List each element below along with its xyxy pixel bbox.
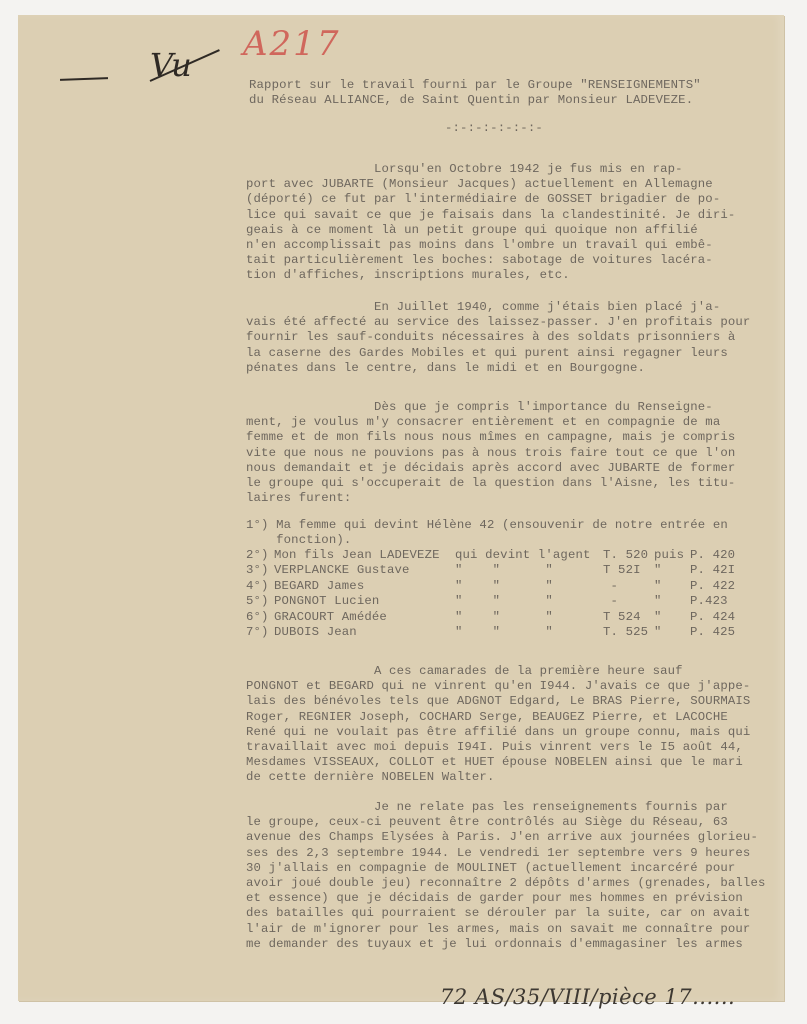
text-line: En Juillet 1940, comme j'étais bien plac… <box>246 300 720 315</box>
text-line: port avec JUBARTE (Monsieur Jacques) act… <box>246 177 713 192</box>
text-line: de cette dernière NOBELEN Walter. <box>246 770 494 785</box>
text-line: Lorsqu'en Octobre 1942 je fus mis en rap… <box>246 162 683 177</box>
text-line: et essence) que je décidais de garder po… <box>246 891 743 906</box>
text-line: Je ne relate pas les renseignements four… <box>246 800 728 815</box>
text-line: laires furent: <box>246 491 351 506</box>
text-line: le groupe qui s'occuperait de la questio… <box>246 476 735 491</box>
member-name: DUBOIS Jean <box>274 625 357 640</box>
member-t: T. 520 <box>603 548 648 563</box>
red-archive-code: A217 <box>243 24 340 64</box>
text-line: lais des bénévoles tels que ADGNOT Edgar… <box>246 694 750 709</box>
member-name: Mon fils Jean LADEVEZE <box>274 548 440 563</box>
text-line: pénates dans le centre, dans le midi et … <box>246 361 645 376</box>
member-1-line-2: fonction). <box>246 533 351 548</box>
member-p: P. 42I <box>690 563 735 578</box>
member-num: 2°) <box>246 548 269 563</box>
archive-reference: 72 AS/35/VIII/pièce 17...... <box>440 985 735 1009</box>
member-t: T. 525 <box>603 625 648 640</box>
member-1-line-1: 1°) Ma femme qui devint Hélène 42 (ensou… <box>246 518 728 533</box>
member-p: P.423 <box>690 594 728 609</box>
text-line: (déporté) ce fut par l'intermédiaire de … <box>246 192 720 207</box>
text-line: lice qui savait ce que je faisais dans l… <box>246 208 735 223</box>
member-t: T 524 <box>603 610 641 625</box>
text-line: des batailles qui pourraient se dérouler… <box>246 906 750 921</box>
text-line: Dès que je compris l'importance du Rense… <box>246 400 713 415</box>
text-line: fournir les sauf-conduits nécessaires à … <box>246 330 735 345</box>
text-line: ses des 2,3 septembre 1944. Le vendredi … <box>246 846 750 861</box>
text-line: tait particulièrement les boches: sabota… <box>246 253 713 268</box>
member-p: P. 425 <box>690 625 735 640</box>
member-role: " " " <box>455 625 553 640</box>
text-line: Roger, REGNIER Joseph, COCHARD Serge, BE… <box>246 710 728 725</box>
member-sep: puis <box>654 548 684 563</box>
text-line: la caserne des Gardes Mobiles et qui pur… <box>246 346 728 361</box>
member-name: VERPLANCKE Gustave <box>274 563 410 578</box>
member-name: PONGNOT Lucien <box>274 594 379 609</box>
report-title-line-2: du Réseau ALLIANCE, de Saint Quentin par… <box>249 93 693 108</box>
member-p: P. 422 <box>690 579 735 594</box>
text-line: avoir joué double jeu) reconnaître 2 dép… <box>246 876 766 891</box>
text-line: vite que nous ne pouvions pas à nous tro… <box>246 446 735 461</box>
text-line: vais été affecté au service des laissez-… <box>246 315 750 330</box>
text-line: 30 j'allais en compagnie de MOULINET (ac… <box>246 861 735 876</box>
text-line: tion d'affiches, inscriptions murales, e… <box>246 268 570 283</box>
member-num: 4°) <box>246 579 269 594</box>
member-num: 7°) <box>246 625 269 640</box>
member-num: 3°) <box>246 563 269 578</box>
text-line: l'air de m'ignorer pour les armes, mais … <box>246 922 750 937</box>
text-line: geais à ce moment là un petit groupe qui… <box>246 223 698 238</box>
text-line: me demander des tuyaux et je lui ordonna… <box>246 937 743 952</box>
report-title-line-1: Rapport sur le travail fourni par le Gro… <box>249 78 701 93</box>
separator: -:-:-:-:-:-:- <box>445 121 543 136</box>
member-sep: " <box>654 579 662 594</box>
text-line: ment, je voulus m'y consacrer entièremen… <box>246 415 720 430</box>
member-role: " " " <box>455 579 553 594</box>
text-line: PONGNOT et BEGARD qui ne vinrent qu'en I… <box>246 679 750 694</box>
text-line: René qui ne voulait pas être affilié dan… <box>246 725 750 740</box>
member-name: GRACOURT Amédée <box>274 610 387 625</box>
member-t: - <box>603 579 618 594</box>
member-num: 5°) <box>246 594 269 609</box>
member-p: P. 424 <box>690 610 735 625</box>
text-line: A ces camarades de la première heure sau… <box>246 664 683 679</box>
member-sep: " <box>654 625 662 640</box>
text-line: avenue des Champs Elysées à Paris. J'en … <box>246 830 758 845</box>
text-line: n'en accomplissait pas moins dans l'ombr… <box>246 238 713 253</box>
member-p: P. 420 <box>690 548 735 563</box>
member-t: - <box>603 594 618 609</box>
member-name: BEGARD James <box>274 579 364 594</box>
text-line: le groupe, ceux-ci peuvent être contrôlé… <box>246 815 728 830</box>
member-role: " " " <box>455 563 553 578</box>
text-line: Mesdames VISSEAUX, COLLOT et HUET épouse… <box>246 755 743 770</box>
member-role: " " " <box>455 594 553 609</box>
member-sep: " <box>654 563 662 578</box>
member-role: qui devint l'agent <box>455 548 591 563</box>
member-sep: " <box>654 594 662 609</box>
text-line: nous demandait et je décidais après acco… <box>246 461 735 476</box>
member-sep: " <box>654 610 662 625</box>
member-role: " " " <box>455 610 553 625</box>
text-line: travaillait avec moi depuis I94I. Puis v… <box>246 740 743 755</box>
member-t: T 52I <box>603 563 641 578</box>
text-line: femme et de mon fils nous nous mîmes en … <box>246 430 735 445</box>
member-num: 6°) <box>246 610 269 625</box>
